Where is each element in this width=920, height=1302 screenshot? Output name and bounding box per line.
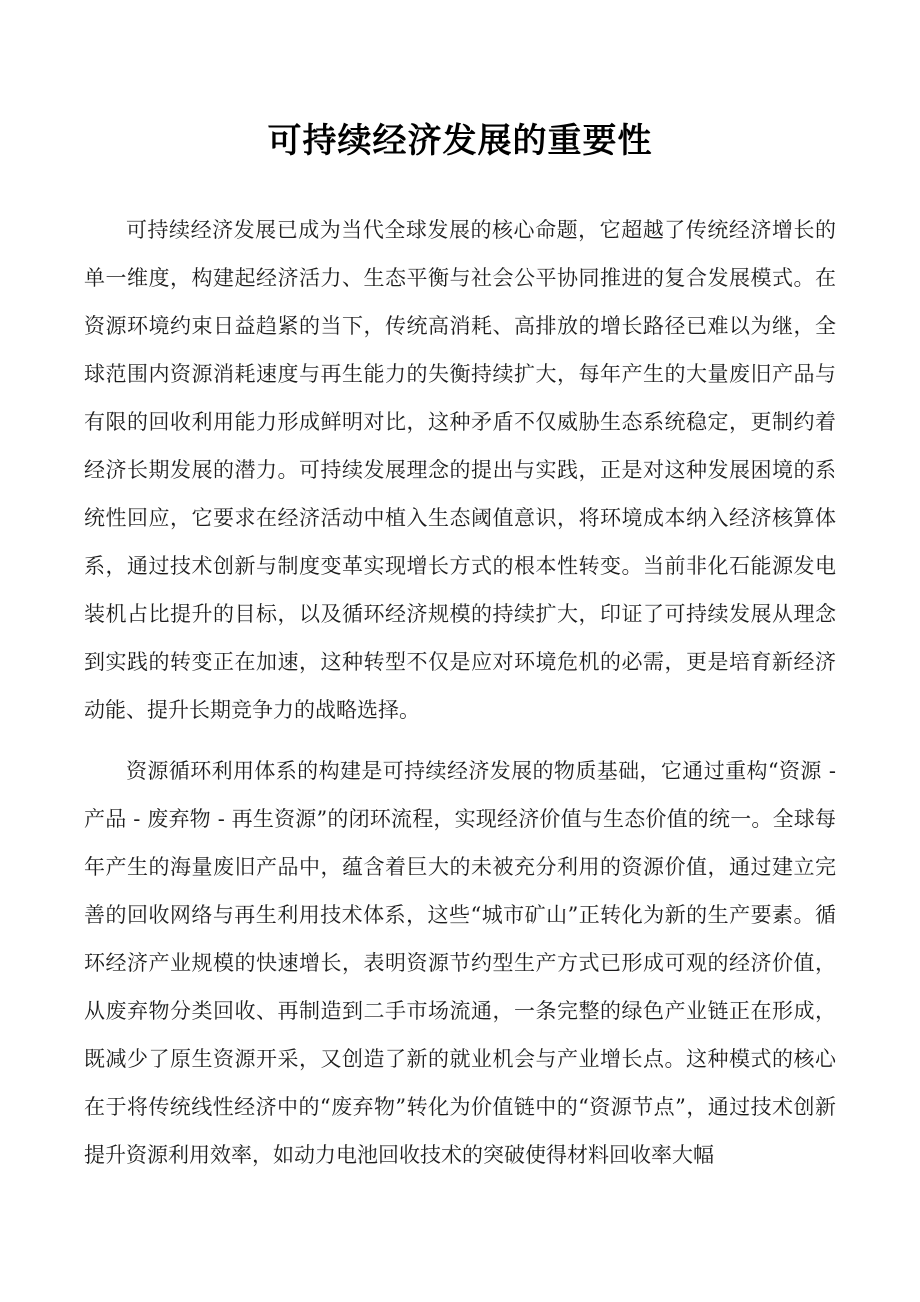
document-page: 可持续经济发展的重要性 可持续经济发展已成为当代全球发展的核心命题，它超越了传统… — [0, 0, 920, 1302]
document-body: 可持续经济发展已成为当代全球发展的核心命题，它超越了传统经济增长的单一维度，构建… — [84, 206, 836, 1179]
paragraph-1: 可持续经济发展已成为当代全球发展的核心命题，它超越了传统经济增长的单一维度，构建… — [84, 206, 836, 734]
document-title: 可持续经济发展的重要性 — [0, 0, 920, 164]
paragraph-2: 资源循环利用体系的构建是可持续经济发展的物质基础，它通过重构“资源 - 产品 -… — [84, 747, 836, 1179]
